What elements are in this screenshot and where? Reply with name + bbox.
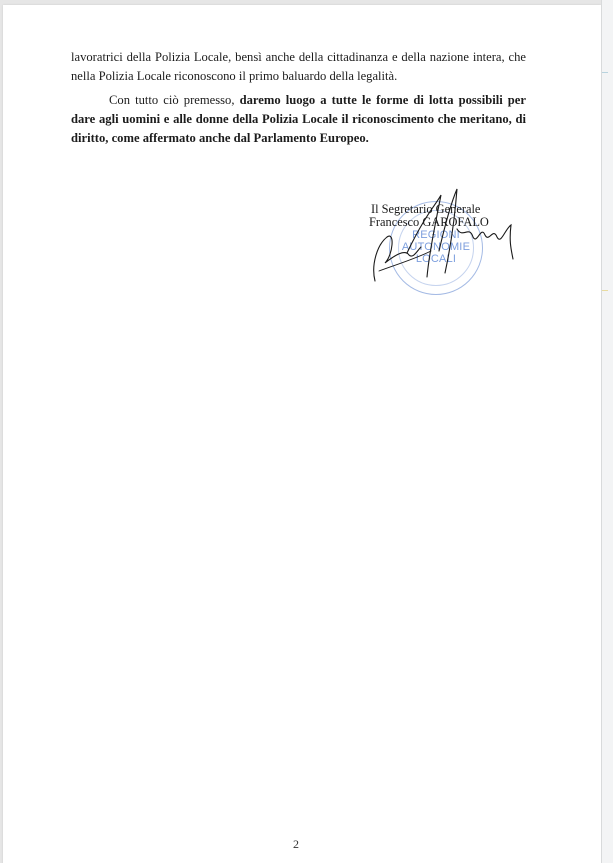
paragraph-1: lavoratrici della Polizia Locale, bensì … (71, 48, 526, 86)
document-page: lavoratrici della Polizia Locale, bensì … (3, 5, 601, 863)
handwritten-signature-icon (365, 185, 525, 285)
scroll-edge (601, 0, 613, 863)
paragraph-2: Con tutto ciò premesso, daremo luogo a t… (71, 91, 526, 148)
page-number: 2 (293, 837, 299, 852)
edge-mark (602, 72, 608, 73)
document-viewer: lavoratrici della Polizia Locale, bensì … (0, 0, 613, 863)
edge-mark (602, 290, 608, 291)
letter-body: lavoratrici della Polizia Locale, bensì … (71, 48, 526, 148)
paragraph-2-intro: Con tutto ciò premesso, (109, 93, 240, 107)
